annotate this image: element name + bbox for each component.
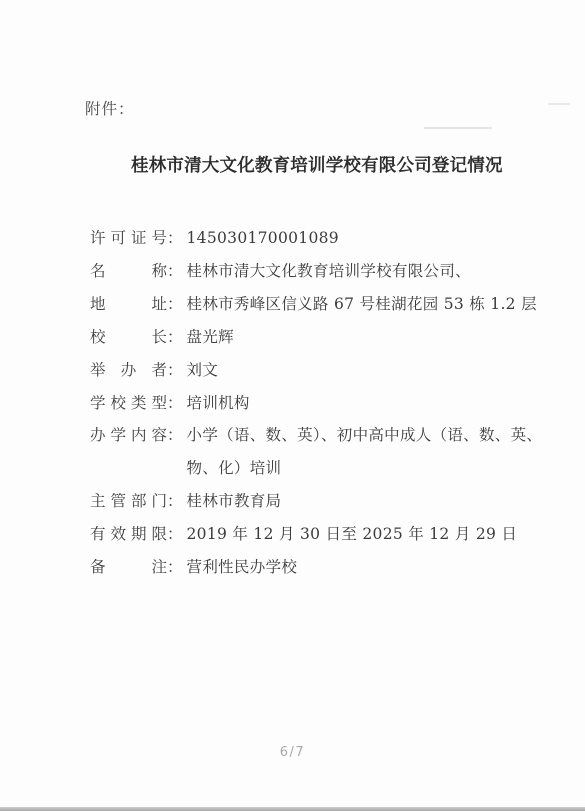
field-value: 刘文 — [187, 361, 219, 379]
field-colon: ： — [167, 354, 183, 387]
field-row-organizer: 举办者：刘文 — [90, 354, 520, 387]
field-row-validity-period: 有效期限：2019 年 12 月 30 日至 2025 年 12 月 29 日 — [90, 518, 520, 551]
field-value-line-1: 小学（语、数、英）、初中高中成人（语、数、英、 — [187, 426, 543, 444]
scan-smudge-artifact — [548, 103, 570, 105]
field-colon: ： — [167, 288, 183, 321]
field-colon: ： — [167, 255, 183, 288]
field-colon: ： — [167, 485, 183, 518]
scanned-document-page: 附件： 桂林市清大文化教育培训学校有限公司登记情况 许可证号：145030170… — [0, 0, 585, 811]
field-colon: ： — [167, 222, 183, 255]
field-label: 主管部门 — [90, 485, 167, 518]
field-label: 有效期限 — [90, 518, 167, 551]
field-row-name: 名称：桂林市清大文化教育培训学校有限公司、 — [90, 255, 520, 288]
field-row-principal: 校长：盘光辉 — [90, 321, 520, 354]
field-value: 145030170001089 — [187, 229, 339, 247]
field-value: 培训机构 — [187, 394, 250, 412]
field-colon: ： — [167, 419, 183, 452]
field-colon: ： — [167, 321, 183, 354]
field-colon: ： — [167, 551, 183, 584]
field-row-remarks: 备注：营利性民办学校 — [90, 551, 520, 584]
field-label: 许可证号 — [90, 222, 167, 255]
field-row-supervising-department: 主管部门：桂林市教育局 — [90, 485, 520, 518]
field-label: 办学内容 — [90, 419, 167, 452]
field-colon: ： — [167, 518, 183, 551]
field-row-teaching-content: 办学内容：小学（语、数、英）、初中高中成人（语、数、英、物、化）培训 — [90, 419, 520, 485]
field-value: 营利性民办学校 — [187, 558, 298, 576]
page-title: 桂林市清大文化教育培训学校有限公司登记情况 — [131, 152, 503, 177]
field-value: 2019 年 12 月 30 日至 2025 年 12 月 29 日 — [187, 525, 518, 543]
field-label: 举办者 — [90, 354, 167, 387]
scanner-edge-artifact — [0, 807, 585, 811]
field-label: 学校类型 — [90, 387, 167, 420]
field-row-license-number: 许可证号：145030170001089 — [90, 222, 520, 255]
field-colon: ： — [167, 387, 183, 420]
field-label: 校长 — [90, 321, 167, 354]
field-value: 桂林市清大文化教育培训学校有限公司、 — [187, 262, 471, 280]
field-value-line-2: 物、化）培训 — [187, 459, 282, 477]
field-row-address: 地址：桂林市秀峰区信义路 67 号桂湖花园 53 栋 1.2 层 — [90, 288, 520, 321]
scan-smudge-artifact — [424, 127, 492, 129]
page-number: 6/7 — [0, 745, 585, 760]
field-value: 桂林市秀峰区信义路 67 号桂湖花园 53 栋 1.2 层 — [187, 295, 537, 313]
field-label: 名称 — [90, 255, 167, 288]
field-value: 小学（语、数、英）、初中高中成人（语、数、英、物、化）培训 — [187, 419, 543, 485]
field-value: 桂林市教育局 — [187, 492, 282, 510]
attachment-label: 附件： — [85, 97, 135, 119]
field-value: 盘光辉 — [187, 328, 234, 346]
field-label: 备注 — [90, 551, 167, 584]
registration-fields: 许可证号：145030170001089 名称：桂林市清大文化教育培训学校有限公… — [90, 222, 520, 584]
field-label: 地址 — [90, 288, 167, 321]
field-row-school-type: 学校类型：培训机构 — [90, 387, 520, 420]
